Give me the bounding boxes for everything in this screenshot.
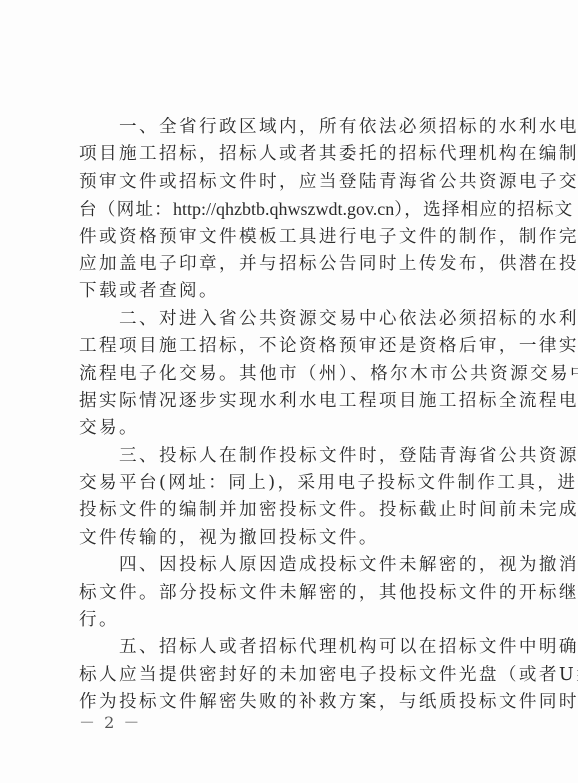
- text-line: 应加盖电子印章，并与招标公告同时上传发布，供潜在投标人: [79, 251, 485, 278]
- document-body: 一、全省行政区域内，所有依法必须招标的水利水电工程 项目施工招标，招标人或者其委…: [79, 114, 485, 717]
- text-line: 行。: [79, 607, 485, 634]
- text-line: 交易平台(网址：同上)，采用电子投标文件制作工具，进行电子: [79, 470, 485, 497]
- text-line: 标文件。部分投标文件未解密的，其他投标文件的开标继续进: [79, 580, 485, 607]
- text-line: 据实际情况逐步实现水利水电工程项目施工招标全流程电子化: [79, 388, 485, 415]
- text-line: 预审文件或招标文件时，应当登陆青海省公共资源电子交易平: [79, 169, 485, 196]
- text-line: 投标文件的编制并加密投标文件。投标截止时间前未完成投标: [79, 497, 485, 524]
- text-line: 三、投标人在制作投标文件时，登陆青海省公共资源电子: [79, 443, 485, 470]
- text-line: 二、对进入省公共资源交易中心依法必须招标的水利水电: [79, 306, 485, 333]
- text-line: 台（网址：http://qhzbtb.qhwszwdt.gov.cn），选择相应…: [79, 196, 485, 223]
- text-line: 交易。: [79, 415, 485, 442]
- text-line: 件或资格预审文件模板工具进行电子文件的制作，制作完成后: [79, 224, 485, 251]
- text-line: 一、全省行政区域内，所有依法必须招标的水利水电工程: [79, 114, 485, 141]
- paragraph-1: 一、全省行政区域内，所有依法必须招标的水利水电工程 项目施工招标，招标人或者其委…: [79, 114, 485, 306]
- text-fragment: ），选择相应的招标文: [394, 200, 573, 220]
- text-line: 五、招标人或者招标代理机构可以在招标文件中明确，投: [79, 634, 485, 661]
- website-url: http://qhzbtb.qhwszwdt.gov.cn: [173, 199, 394, 219]
- text-line: 工程项目施工招标，不论资格预审还是资格后审，一律实行全: [79, 333, 485, 360]
- paragraph-3: 三、投标人在制作投标文件时，登陆青海省公共资源电子 交易平台(网址：同上)，采用…: [79, 443, 485, 553]
- text-line: 标人应当提供密封好的未加密电子投标文件光盘（或者U盘）: [79, 662, 485, 689]
- text-line: 项目施工招标，招标人或者其委托的招标代理机构在编制资格: [79, 141, 485, 168]
- page-number: － 2 －: [79, 710, 141, 733]
- paragraph-4: 四、因投标人原因造成投标文件未解密的，视为撤消其投 标文件。部分投标文件未解密的…: [79, 552, 485, 634]
- text-line: 四、因投标人原因造成投标文件未解密的，视为撤消其投: [79, 552, 485, 579]
- text-line: 流程电子化交易。其他市（州）、格尔木市公共资源交易中心根: [79, 361, 485, 388]
- text-fragment: 台（网址：: [79, 200, 173, 220]
- paragraph-5: 五、招标人或者招标代理机构可以在招标文件中明确，投 标人应当提供密封好的未加密电…: [79, 634, 485, 716]
- paragraph-2: 二、对进入省公共资源交易中心依法必须招标的水利水电 工程项目施工招标，不论资格预…: [79, 306, 485, 443]
- document-page: 一、全省行政区域内，所有依法必须招标的水利水电工程 项目施工招标，招标人或者其委…: [0, 0, 578, 783]
- text-line: 下载或者查阅。: [79, 278, 485, 305]
- text-line: 文件传输的，视为撤回投标文件。: [79, 525, 485, 552]
